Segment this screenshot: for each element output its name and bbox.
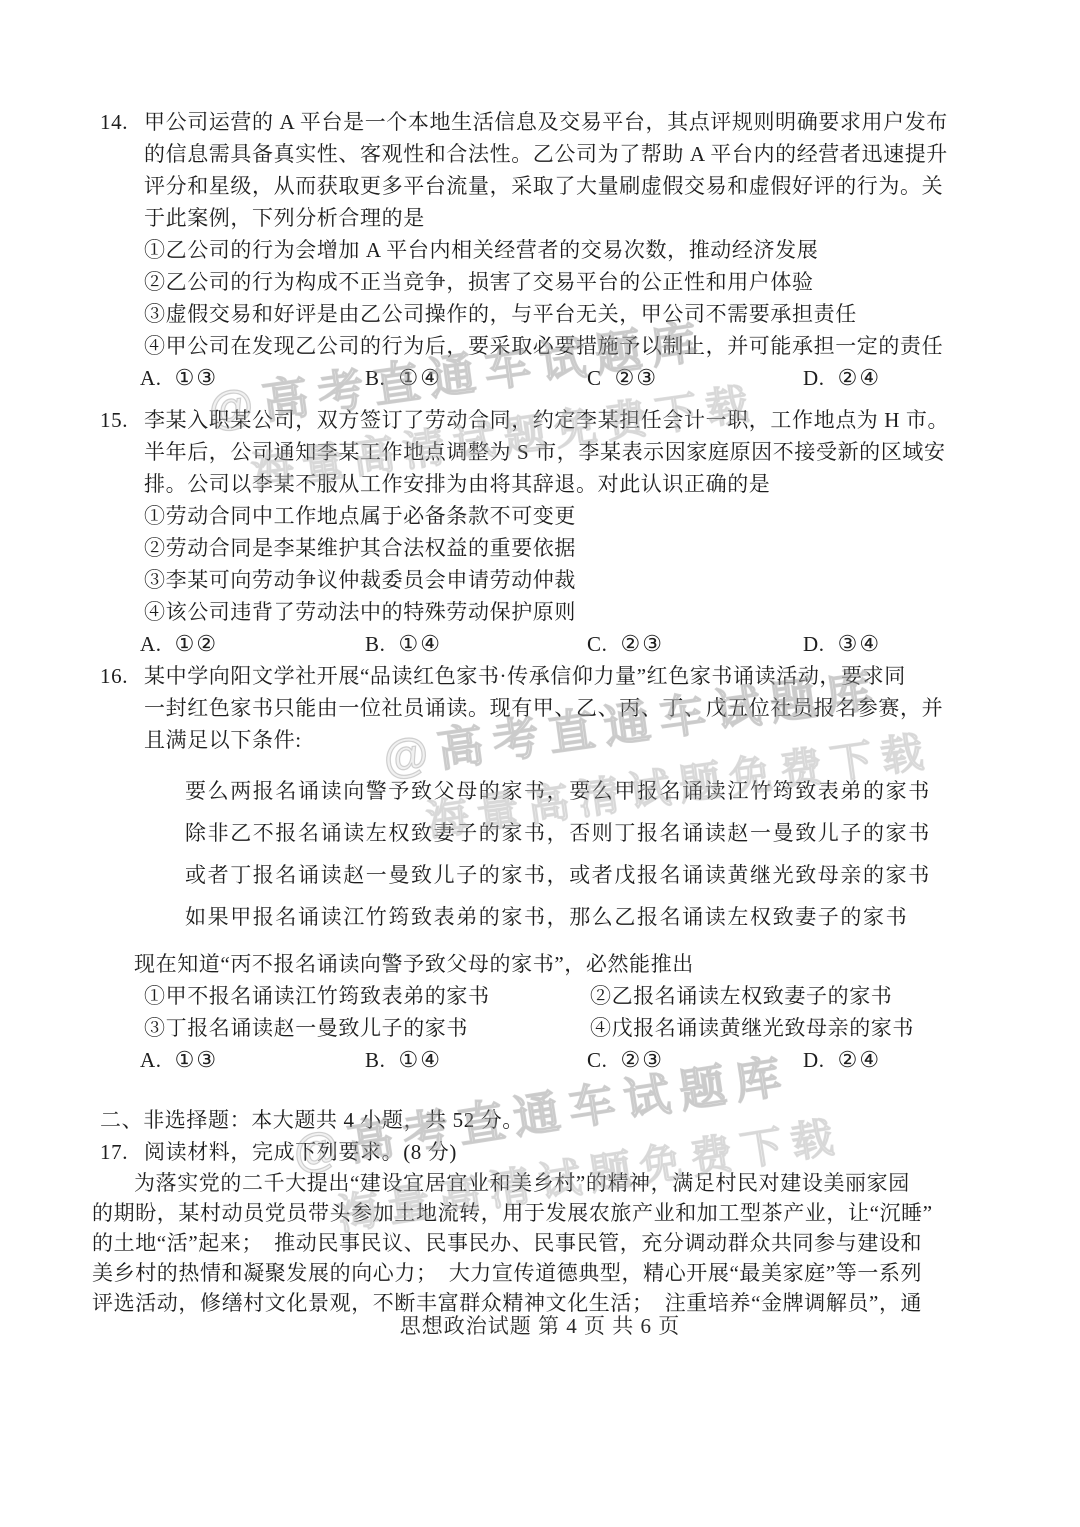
stem-line: 李某入职某公司，双方签订了劳动合同，约定李某担任会计一职，工作地点为 H 市。: [144, 404, 992, 436]
condition-line: 如果甲报名诵读江竹筠致表弟的家书，那么乙报名诵读左权致妻子的家书: [185, 896, 992, 938]
stem-line: 某中学向阳文学社开展“品读红色家书·传承信仰力量”红色家书诵读活动，要求同: [144, 660, 992, 692]
option-value: ①④: [398, 1044, 441, 1076]
option: B. ①④: [365, 628, 587, 660]
question-16-conditions: 要么两报名诵读向警予致父母的家书，要么甲报名诵读江竹筠致表弟的家书除非乙不报名诵…: [100, 770, 992, 938]
question-15: 15. 李某入职某公司，双方签订了劳动合同，约定李某担任会计一职，工作地点为 H…: [100, 404, 992, 660]
question-14-number: 14.: [100, 106, 144, 138]
option-value: ③④: [838, 628, 881, 660]
option-label: A.: [140, 628, 162, 660]
paragraph-line: 的土地“活”起来； 推动民事民议、民事民办、民事民管，充分调动群众共同参与建设和: [92, 1228, 994, 1258]
item-line: ④该公司违背了劳动法中的特殊劳动保护原则: [144, 596, 992, 628]
option-label: A.: [140, 362, 162, 394]
item-line: ④戊报名诵读黄继光致母亲的家书: [590, 1012, 992, 1044]
question-17-material: 为落实党的二千大提出“建设宜居宜业和美乡村”的精神，满足村民对建设美丽家园的期盼…: [92, 1168, 994, 1318]
option: B. ①④: [365, 1044, 587, 1076]
question-16: 16. 某中学向阳文学社开展“品读红色家书·传承信仰力量”红色家书诵读活动，要求…: [100, 660, 992, 1076]
item-line: ②乙报名诵读左权致妻子的家书: [590, 980, 992, 1012]
option-value: ①②: [175, 628, 218, 660]
stem-line: 一封红色家书只能由一位社员诵读。现有甲、乙、丙、丁、戊五位社员报名参赛，并: [144, 692, 992, 724]
item-line: ④甲公司在发现乙公司的行为后，要采取必要措施予以制止，并可能承担一定的责任: [144, 330, 992, 362]
question-17-number: 17.: [100, 1136, 144, 1168]
paragraph-line: 美乡村的热情和凝聚发展的向心力； 大力宣传道德典型，精心开展“最美家庭”等一系列: [92, 1258, 994, 1288]
option: C. ②③: [587, 628, 803, 660]
question-16-stem: 某中学向阳文学社开展“品读红色家书·传承信仰力量”红色家书诵读活动，要求同一封红…: [100, 660, 992, 756]
page-content: 14. 甲公司运营的 A 平台是一个本地生活信息及交易平台，其点评规则明确要求用…: [100, 106, 992, 1318]
stem-line: 且满足以下条件:: [144, 724, 992, 756]
stem-line: 评分和星级，从而获取更多平台流量，采取了大量刷虚假交易和虚假好评的行为。关: [144, 170, 992, 202]
option-label: D.: [803, 362, 825, 394]
option-label: D.: [803, 628, 825, 660]
option: A. ①③: [140, 362, 365, 394]
option-value: ①③: [175, 362, 218, 394]
page-footer: 思想政治试题 第 4 页 共 6 页: [0, 1310, 1080, 1340]
question-15-stem: 李某入职某公司，双方签订了劳动合同，约定李某担任会计一职，工作地点为 H 市。半…: [100, 404, 992, 500]
option-label: B.: [365, 362, 385, 394]
option-value: ②③: [615, 362, 658, 394]
option: A. ①②: [140, 628, 365, 660]
option-label: B.: [365, 628, 385, 660]
item-line: ①乙公司的行为会增加 A 平台内相关经营者的交易次数，推动经济发展: [144, 234, 992, 266]
question-17-title: 阅读材料，完成下列要求。(8 分): [100, 1136, 992, 1168]
question-14-options: A. ①③ B. ①④ C ②③ D. ②④: [100, 362, 992, 394]
option-value: ②③: [620, 628, 663, 660]
option-label: A.: [140, 1044, 162, 1076]
option-label: C.: [587, 628, 607, 660]
question-15-items: ①劳动合同中工作地点属于必备条款不可变更②劳动合同是李某维护其合法权益的重要依据…: [100, 500, 992, 628]
stem-line: 的信息需具备真实性、客观性和合法性。乙公司为了帮助 A 平台内的经营者迅速提升: [144, 138, 992, 170]
item-line: ③虚假交易和好评是由乙公司操作的，与平台无关，甲公司不需要承担责任: [144, 298, 992, 330]
stem-line: 于此案例，下列分析合理的是: [144, 202, 992, 234]
option-label: B.: [365, 1044, 385, 1076]
option-value: ②④: [838, 362, 881, 394]
condition-line: 或者丁报名诵读赵一曼致儿子的家书，或者戊报名诵读黄继光致母亲的家书: [185, 854, 992, 896]
question-14-stem: 甲公司运营的 A 平台是一个本地生活信息及交易平台，其点评规则明确要求用户发布的…: [100, 106, 992, 234]
option-label: D.: [803, 1044, 825, 1076]
stem-line: 排。公司以李某不服从工作安排为由将其辞退。对此认识正确的是: [144, 468, 992, 500]
option: D. ③④: [803, 628, 992, 660]
option: C ②③: [587, 362, 803, 394]
option: B. ①④: [365, 362, 587, 394]
question-16-options: A. ①③ B. ①④ C. ②③ D. ②④: [100, 1044, 992, 1076]
option-value: ②④: [838, 1044, 881, 1076]
option-value: ①④: [398, 628, 441, 660]
question-16-number: 16.: [100, 660, 144, 692]
option-value: ①③: [175, 1044, 218, 1076]
paragraph-line: 的期盼，某村动员党员带头参加土地流转，用于发展农旅产业和加工型茶产业，让“沉睡”: [92, 1198, 994, 1228]
option: D. ②④: [803, 362, 992, 394]
option: C. ②③: [587, 1044, 803, 1076]
option-label: C.: [587, 1044, 607, 1076]
option-value: ①④: [398, 362, 441, 394]
paragraph-line: 为落实党的二千大提出“建设宜居宜业和美乡村”的精神，满足村民对建设美丽家园: [92, 1168, 994, 1198]
question-17: 17. 阅读材料，完成下列要求。(8 分) 为落实党的二千大提出“建设宜居宜业和…: [100, 1136, 992, 1318]
item-line: ②劳动合同是李某维护其合法权益的重要依据: [144, 532, 992, 564]
question-15-options: A. ①② B. ①④ C. ②③ D. ③④: [100, 628, 992, 660]
stem-line: 甲公司运营的 A 平台是一个本地生活信息及交易平台，其点评规则明确要求用户发布: [144, 106, 992, 138]
item-line: ①劳动合同中工作地点属于必备条款不可变更: [144, 500, 992, 532]
item-line: ③李某可向劳动争议仲裁委员会申请劳动仲裁: [144, 564, 992, 596]
item-line: ②乙公司的行为构成不正当竞争，损害了交易平台的公正性和用户体验: [144, 266, 992, 298]
exam-page: @高考直通车试题库 海量高清试题免费下载 @高考直通车试题库 海量高清试题免费下…: [0, 0, 1080, 1527]
question-16-items: ①甲不报名诵读江竹筠致表弟的家书②乙报名诵读左权致妻子的家书③丁报名诵读赵一曼致…: [100, 980, 992, 1044]
question-15-number: 15.: [100, 404, 144, 436]
item-line: ③丁报名诵读赵一曼致儿子的家书: [144, 1012, 590, 1044]
section-2-heading: 二、非选择题：本大题共 4 小题，共 52 分。: [100, 1104, 992, 1136]
question-16-conclusion: 现在知道“丙不报名诵读向警予致父母的家书”，必然能推出: [100, 948, 992, 980]
option: D. ②④: [803, 1044, 992, 1076]
question-14-items: ①乙公司的行为会增加 A 平台内相关经营者的交易次数，推动经济发展②乙公司的行为…: [100, 234, 992, 362]
option: A. ①③: [140, 1044, 365, 1076]
question-14: 14. 甲公司运营的 A 平台是一个本地生活信息及交易平台，其点评规则明确要求用…: [100, 106, 992, 394]
condition-line: 除非乙不报名诵读左权致妻子的家书，否则丁报名诵读赵一曼致儿子的家书: [185, 812, 992, 854]
item-line: ①甲不报名诵读江竹筠致表弟的家书: [144, 980, 590, 1012]
stem-line: 半年后，公司通知李某工作地点调整为 S 市，李某表示因家庭原因不接受新的区域安: [144, 436, 992, 468]
condition-line: 要么两报名诵读向警予致父母的家书，要么甲报名诵读江竹筠致表弟的家书: [185, 770, 992, 812]
option-label: C: [587, 362, 602, 394]
option-value: ②③: [620, 1044, 663, 1076]
